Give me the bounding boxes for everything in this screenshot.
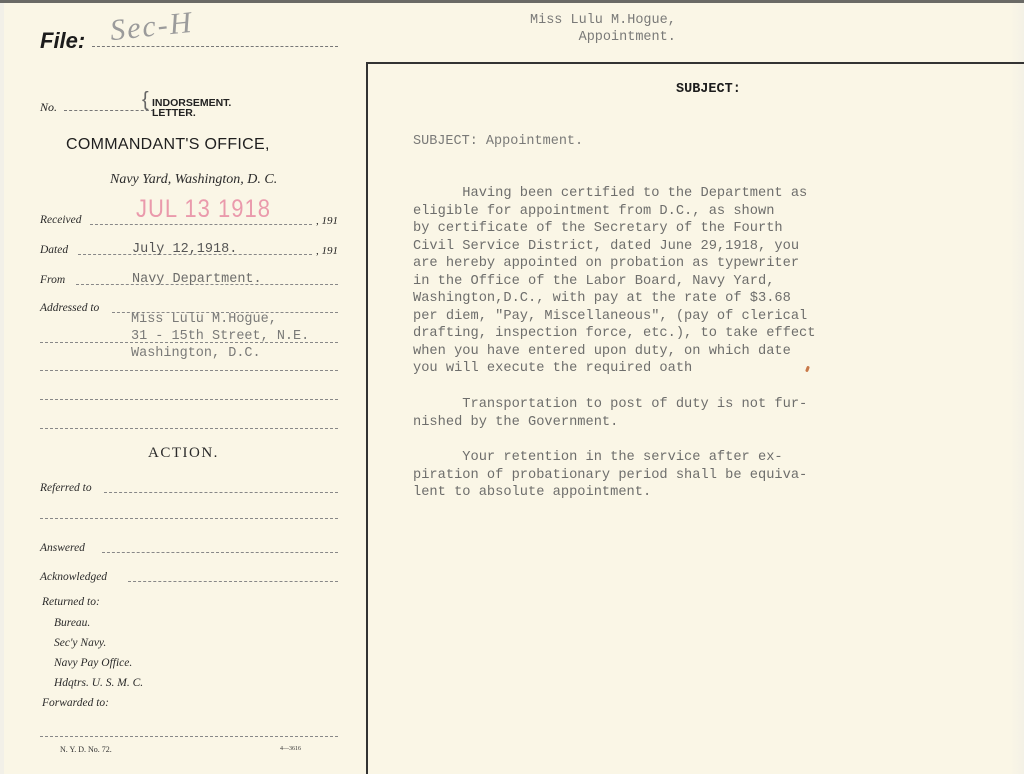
- referred-to-label: Referred to: [40, 482, 92, 494]
- form-number: N. Y. D. No. 72.: [60, 745, 112, 754]
- footer-line: [40, 736, 338, 737]
- address-line-5: [40, 428, 338, 429]
- typed-header-subject: Appointment.: [530, 29, 676, 46]
- subject-heading: SUBJECT:: [676, 82, 741, 97]
- address-name: Miss Lulu M.Hogue,: [131, 311, 309, 328]
- number-line: [64, 110, 154, 111]
- paragraph-appointment: Having been certified to the Department …: [413, 185, 815, 378]
- referred-to-line: [104, 492, 338, 493]
- from-field: From Navy Department.: [40, 268, 338, 288]
- acknowledged-label: Acknowledged: [40, 571, 107, 583]
- address-city: Washington, D.C.: [131, 345, 309, 362]
- paragraph-transportation: Transportation to post of duty is not fu…: [413, 396, 807, 431]
- action-title: ACTION.: [148, 445, 219, 462]
- dated-label: Dated: [40, 244, 68, 256]
- brace-icon: {: [142, 95, 149, 105]
- letter-option: LETTER.: [152, 108, 231, 118]
- from-label: From: [40, 274, 65, 286]
- indorsement-options: { INDORSEMENT. LETTER.: [148, 98, 227, 118]
- acknowledged-line: [128, 581, 338, 582]
- received-label: Received: [40, 214, 82, 226]
- address-line-4: [40, 399, 338, 400]
- addressed-to-value: Miss Lulu M.Hogue,31 - 15th Street, N.E.…: [131, 311, 309, 362]
- received-year-suffix: , 191: [316, 215, 338, 227]
- referred-to-line-2: [40, 518, 338, 519]
- address-line-3: [40, 370, 338, 371]
- addressed-to-label: Addressed to: [40, 302, 99, 314]
- answered-line: [102, 552, 338, 553]
- answered-field: Answered: [40, 536, 338, 556]
- dated-year-suffix: , 191: [316, 245, 338, 257]
- office-location: Navy Yard, Washington, D. C.: [110, 172, 277, 188]
- print-code: 4—3616: [280, 746, 301, 752]
- answered-label: Answered: [40, 542, 85, 554]
- returned-option-hdqtrs-usmc: Hdqtrs. U. S. M. C.: [54, 677, 143, 689]
- file-label: File:: [40, 28, 85, 54]
- received-line: [90, 224, 312, 225]
- returned-option-bureau: Bureau.: [54, 617, 90, 629]
- office-title: COMMANDANT'S OFFICE,: [66, 136, 270, 154]
- dated-value: July 12,1918.: [132, 242, 237, 257]
- typed-header: Miss Lulu M.Hogue, Appointment.: [530, 12, 676, 46]
- forwarded-to-label: Forwarded to:: [42, 697, 109, 709]
- returned-to-label: Returned to:: [42, 596, 100, 608]
- received-date-stamp: JUL 13 1918: [136, 194, 271, 223]
- scan-top-edge: [0, 0, 1024, 3]
- dated-field: Dated July 12,1918. , 191: [40, 238, 338, 258]
- number-label: No.: [40, 100, 57, 115]
- referred-to-field: Referred to: [40, 476, 338, 496]
- subject-line: SUBJECT: Appointment.: [413, 134, 583, 149]
- typed-header-name: Miss Lulu M.Hogue,: [530, 12, 676, 29]
- file-handwritten-value: Sec-H: [108, 6, 194, 49]
- address-street: 31 - 15th Street, N.E.: [131, 328, 309, 345]
- returned-option-navy-pay-office: Navy Pay Office.: [54, 657, 132, 669]
- paragraph-retention: Your retention in the service after ex- …: [413, 449, 807, 502]
- scan-left-edge: [0, 3, 4, 774]
- acknowledged-field: Acknowledged: [40, 565, 338, 585]
- from-value: Navy Department.: [132, 272, 262, 287]
- returned-option-secy-navy: Sec'y Navy.: [54, 637, 106, 649]
